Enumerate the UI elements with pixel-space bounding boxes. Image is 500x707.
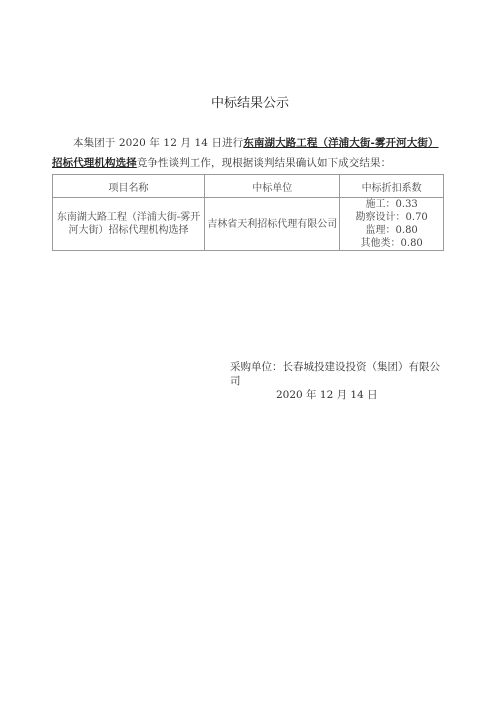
cell-winner: 吉林省天利招标代理有限公司 <box>205 198 340 251</box>
coefficient-supervision: 监理：0.80 <box>342 224 441 237</box>
coefficient-construction: 施工：0.33 <box>342 198 441 211</box>
document-title: 中标结果公示 <box>0 92 500 111</box>
cell-project-name: 东南湖大路工程（洋浦大街-雾开河大街）招标代理机构选择 <box>53 198 205 251</box>
cell-coefficients: 施工：0.33 勘察设计：0.70 监理：0.80 其他类：0.80 <box>340 198 444 251</box>
intro-prefix: 本集团于 2020 年 12 月 14 日进行 <box>73 137 243 149</box>
header-winner: 中标单位 <box>205 175 340 198</box>
signature-block: 采购单位：长春城投建设投资（集团）有限公司 2020 年 12 月 14 日 <box>230 360 450 402</box>
intro-paragraph: 本集团于 2020 年 12 月 14 日进行东南湖大路工程（洋浦大街-雾开河大… <box>52 133 447 173</box>
signature-date: 2020 年 12 月 14 日 <box>230 388 450 402</box>
coefficient-other: 其他类：0.80 <box>342 237 441 250</box>
table-row: 东南湖大路工程（洋浦大街-雾开河大街）招标代理机构选择 吉林省天利招标代理有限公… <box>53 198 444 251</box>
purchaser: 采购单位：长春城投建设投资（集团）有限公司 <box>230 360 450 388</box>
header-coefficient: 中标折扣系数 <box>340 175 444 198</box>
header-project-name: 项目名称 <box>53 175 205 198</box>
table-header-row: 项目名称 中标单位 中标折扣系数 <box>53 175 444 198</box>
coefficient-survey-design: 勘察设计：0.70 <box>342 211 441 224</box>
intro-suffix: 竞争性谈判工作，现根据谈判结果确认如下成交结果： <box>137 157 391 169</box>
result-table: 项目名称 中标单位 中标折扣系数 东南湖大路工程（洋浦大街-雾开河大街）招标代理… <box>52 174 444 251</box>
